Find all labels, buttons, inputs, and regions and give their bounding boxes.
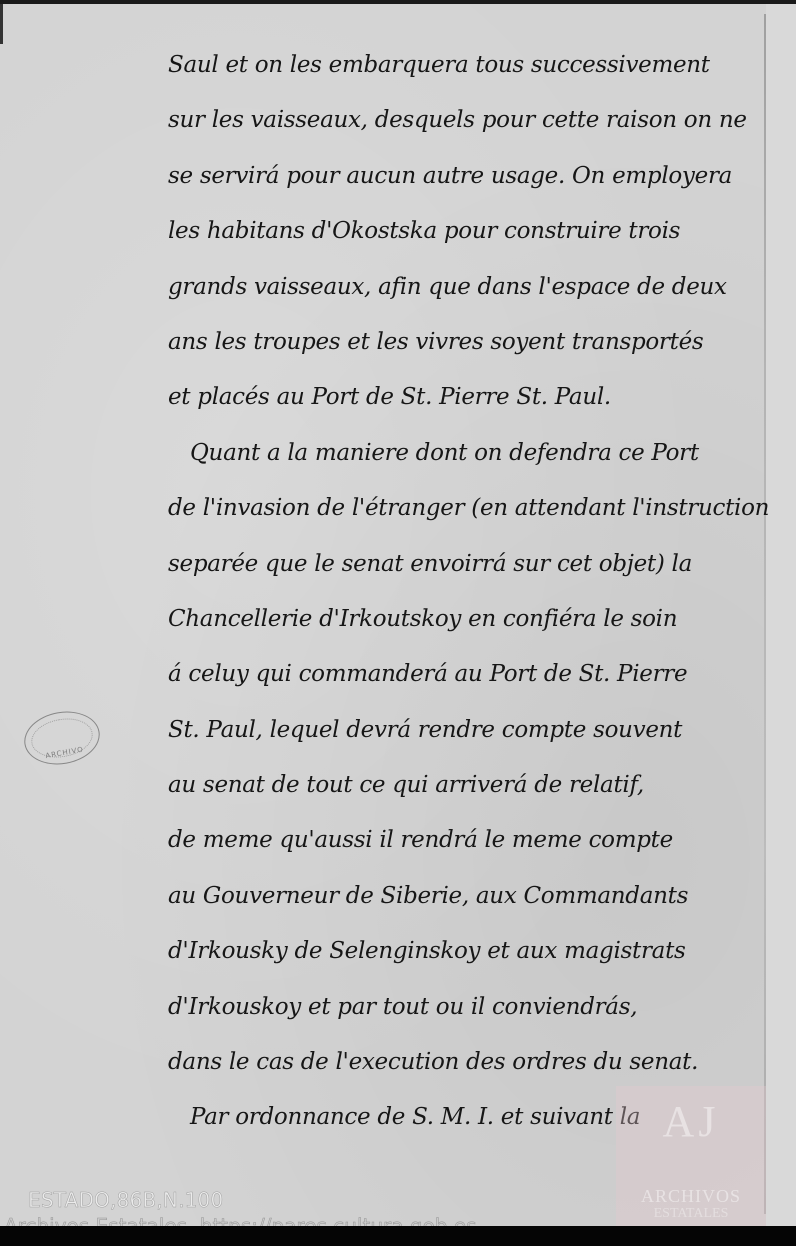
manuscript-line: grands vaisseaux, afin que dans l'espace… — [168, 260, 768, 315]
manuscript-line: d'Irkousky de Selenginskoy et aux magist… — [168, 924, 768, 979]
manuscript-line: au senat de tout ce qui arriverá de rela… — [168, 758, 768, 813]
adjacent-page-edge — [766, 4, 796, 1230]
manuscript-line: dans le cas de l'execution des ordres du… — [168, 1035, 768, 1090]
manuscript-line: sur les vaisseaux, desquels pour cette r… — [168, 93, 768, 148]
manuscript-line: á celuy qui commanderá au Port de St. Pi… — [168, 647, 768, 702]
manuscript-page: Saul et on les embarquera tous successiv… — [0, 0, 796, 1226]
manuscript-line: et placés au Port de St. Pierre St. Paul… — [168, 370, 768, 425]
manuscript-line: de l'invasion de l'étranger (en attendan… — [168, 481, 768, 536]
manuscript-line: de meme qu'aussi il rendrá le meme compt… — [168, 813, 768, 868]
scan-bottom-border — [0, 1226, 796, 1246]
manuscript-text: Saul et on les embarquera tous successiv… — [168, 38, 768, 1146]
manuscript-paragraph-start: Quant a la maniere dont on defendra ce P… — [168, 426, 768, 481]
manuscript-line: St. Paul, lequel devrá rendre compte sou… — [168, 703, 768, 758]
logo-line-archivos: ARCHIVOS — [616, 1186, 766, 1207]
logo-letters: AJ — [616, 1096, 766, 1147]
manuscript-line: les habitans d'Okostska pour construire … — [168, 204, 768, 259]
manuscript-line: au Gouverneur de Siberie, aux Commandant… — [168, 869, 768, 924]
logo-line-estatales: ESTATALES — [616, 1206, 766, 1222]
manuscript-line: Chancellerie d'Irkoutskoy en confiéra le… — [168, 592, 768, 647]
manuscript-line: ans les troupes et les vivres soyent tra… — [168, 315, 768, 370]
manuscript-line: Saul et on les embarquera tous successiv… — [168, 38, 768, 93]
manuscript-line: se servirá pour aucun autre usage. On em… — [168, 149, 768, 204]
reference-code: ESTADO,86B,N.100 — [28, 1188, 223, 1212]
archivos-estatales-logo: AJ ARCHIVOS ESTATALES — [616, 1086, 766, 1230]
manuscript-line: d'Irkouskoy et par tout ou il conviendrá… — [168, 980, 768, 1035]
archive-stamp-icon: ARCHIVO — [20, 706, 104, 770]
manuscript-line: separée que le senat envoirrá sur cet ob… — [168, 537, 768, 592]
